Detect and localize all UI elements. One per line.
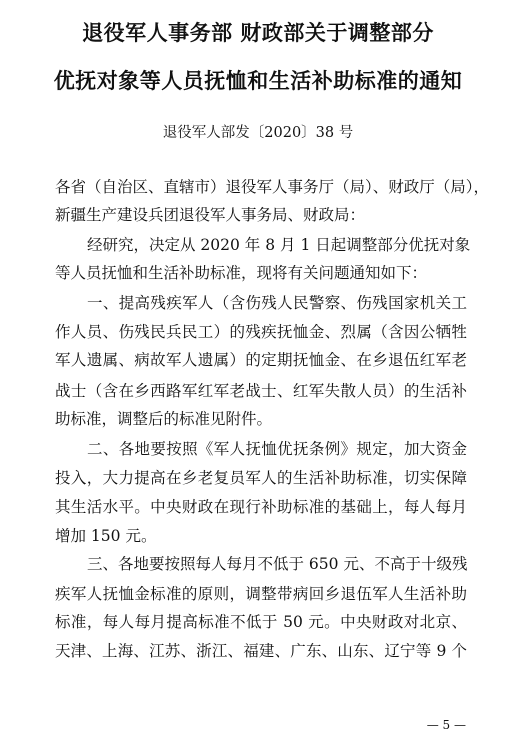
document-title-line-1: 退役军人事务部 财政部关于调整部分 xyxy=(0,17,516,47)
document-title-line-2: 优抚对象等人员抚恤和生活补助标准的通知 xyxy=(0,65,516,95)
body-line: 军人遗属、病故军人遗属）的定期抚恤金、在乡退伍红军老 xyxy=(55,348,467,370)
body-line: 经研究，决定从 2020 年 8 月 1 日起调整部分优抚对象 xyxy=(87,233,467,255)
body-line: 投入，大力提高在乡老复员军人的生活补助标准，切实保障 xyxy=(55,466,467,488)
body-line: 等人员抚恤和生活补助标准，现将有关问题通知如下： xyxy=(55,261,467,283)
body-line: 标准，每人每月提高标准不低于 50 元。中央财政对北京、 xyxy=(55,610,467,632)
addressee-line-2: 新疆生产建设兵团退役军人事务局、财政局： xyxy=(55,203,467,225)
body-line: 战士（含在乡西路军红军老战士、红军失散人员）的生活补 xyxy=(55,379,467,401)
body-line: 助标准，调整后的标准见附件。 xyxy=(55,407,467,429)
body-line: 三、各地要按照每人每月不低于 650 元、不高于十级残 xyxy=(87,552,467,574)
page-number: — 5 — xyxy=(427,718,466,732)
body-line: 疾军人抚恤金标准的原则，调整带病回乡退伍军人生活补助 xyxy=(55,582,467,604)
body-line: 天津、上海、江苏、浙江、福建、广东、山东、辽宁等 9 个 xyxy=(55,639,467,661)
body-line: 二、各地要按照《军人抚恤优抚条例》规定，加大资金 xyxy=(87,437,467,459)
body-line: 其生活水平。中央财政在现行补助标准的基础上，每人每月 xyxy=(55,495,467,517)
body-line: 一、提高残疾军人（含伤残人民警察、伤残国家机关工 xyxy=(87,291,467,313)
body-line: 增加 150 元。 xyxy=(55,524,467,546)
body-line: 作人员、伤残民兵民工）的残疾抚恤金、烈属（含因公牺牲 xyxy=(55,320,467,342)
document-number: 退役军人部发〔2020〕38 号 xyxy=(0,121,516,142)
addressee-line-1: 各省（自治区、直辖市）退役军人事务厅（局）、财政厅（局）， xyxy=(55,175,467,197)
